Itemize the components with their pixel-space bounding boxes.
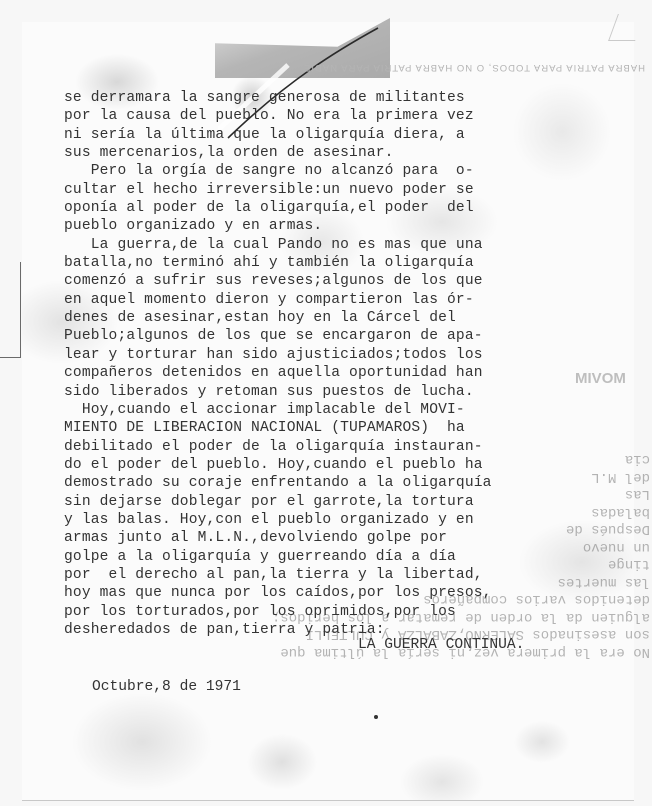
ink-speck: [374, 715, 378, 719]
text-line: lear y torturar han sido ajusticiados;to…: [64, 346, 624, 364]
bleed-through-header: HABRA PATRIA PARA TODOS, O NO HABRA PATR…: [125, 62, 645, 73]
text-line: pueblo organizado y en armas.: [64, 217, 624, 235]
text-line: debilitado el poder de la oligarquía ins…: [64, 438, 624, 456]
text-line: armas junto al M.L.N.,devolviendo golpe …: [64, 529, 624, 547]
text-line: do el poder del pueblo. Hoy,cuando el pu…: [64, 456, 624, 474]
text-line: Hoy,cuando el accionar implacable del MO…: [64, 401, 624, 419]
text-line: comenzó a sufrir sus reveses;algunos de …: [64, 272, 624, 290]
text-line: se derramara la sangre generosa de milit…: [64, 89, 624, 107]
text-line: por el derecho al pan,la tierra y la lib…: [64, 566, 624, 584]
scanned-page: HABRA PATRIA PARA TODOS, O NO HABRA PATR…: [0, 0, 652, 806]
text-line: batalla,no terminó ahí y también la olig…: [64, 254, 624, 272]
body-text: se derramara la sangre generosa de milit…: [64, 89, 624, 639]
edge-mark: [0, 262, 21, 358]
text-line: Pero la orgía de sangre no alcanzó para …: [64, 162, 624, 180]
text-line: por los torturados,por los oprimidos,por…: [64, 603, 624, 621]
text-line: Pueblo;algunos de los que se encargaron …: [64, 327, 624, 345]
text-line: golpe a la oligarquía y guerreando día a…: [64, 548, 624, 566]
text-line: denes de asesinar,estan hoy en la Cárcel…: [64, 309, 624, 327]
text-line: desheredados de pan,tierra y patria:: [64, 621, 624, 639]
text-line: hoy mas que nunca por los caídos,por los…: [64, 584, 624, 602]
text-line: ni sería la última que la oligarquía die…: [64, 126, 624, 144]
text-line: y las balas. Hoy,con el pueblo organizad…: [64, 511, 624, 529]
corner-fold: [608, 14, 645, 41]
text-line: por la causa del pueblo. No era la prime…: [64, 107, 624, 125]
text-line: sido liberados y retoman sus puestos de …: [64, 383, 624, 401]
text-line: La guerra,de la cual Pando no es mas que…: [64, 236, 624, 254]
text-line: sus mercenarios,la orden de asesinar.: [64, 144, 624, 162]
date-line: Octubre,8 de 1971: [92, 679, 241, 695]
text-line: demostrado su coraje enfrentando a la ol…: [64, 474, 624, 492]
text-line: MIENTO DE LIBERACION NACIONAL (TUPAMAROS…: [64, 419, 624, 437]
text-line: sin dejarse doblegar por el garrote,la t…: [64, 493, 624, 511]
text-line: compañeros detenidos en aquella oportuni…: [64, 364, 624, 382]
text-line: en aquel momento dieron y compartieron l…: [64, 291, 624, 309]
signoff: LA GUERRA CONTINUA.: [358, 637, 524, 653]
text-line: oponía al poder de la oligarquía,el pode…: [64, 199, 624, 217]
text-line: cultar el hecho irreversible:un nuevo po…: [64, 181, 624, 199]
